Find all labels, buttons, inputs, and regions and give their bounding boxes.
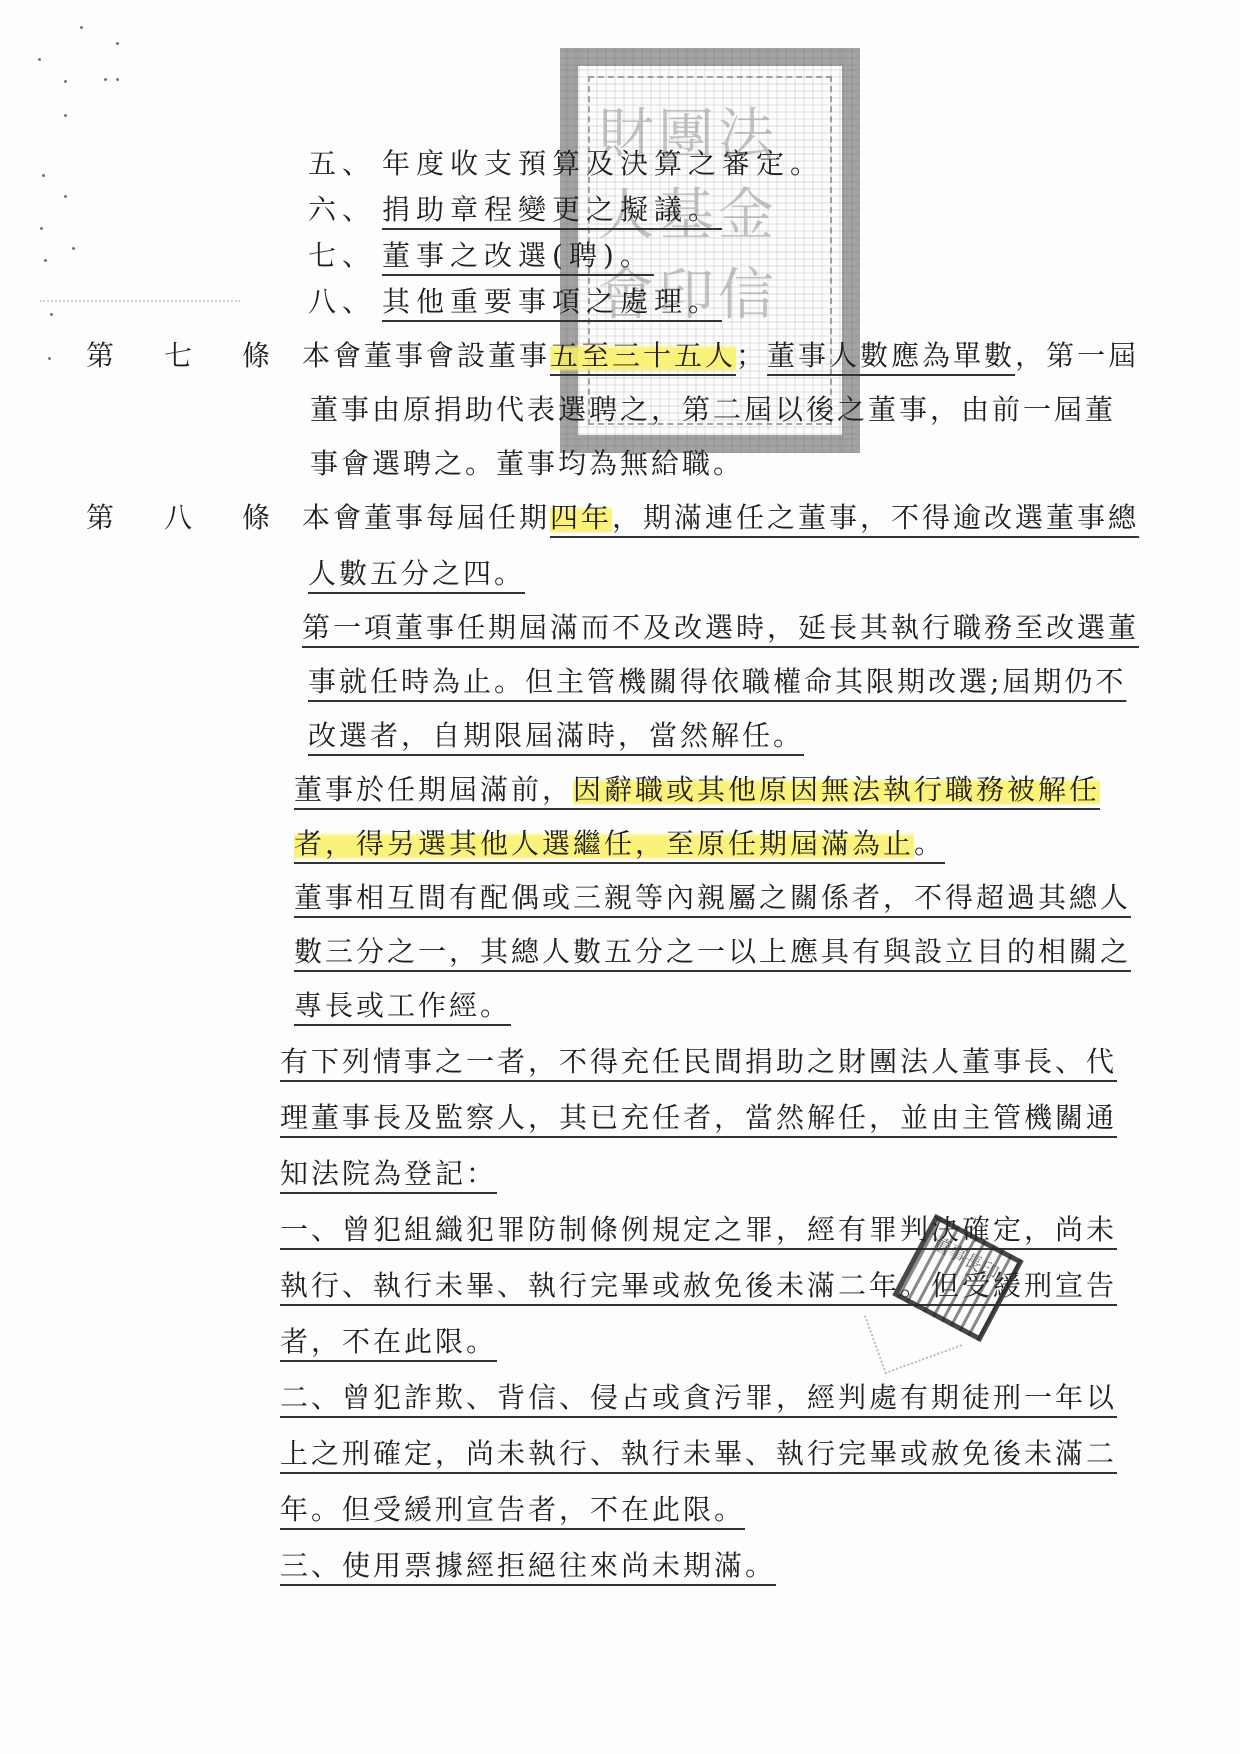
underlined-text: 有下列情事之一者，不得充任民間捐助之財團法人董事長、代 bbox=[280, 1045, 1117, 1078]
underlined-text: 人數五分之四。 bbox=[308, 557, 525, 590]
disqualification-item-1-line-3: 者，不在此限。 bbox=[280, 1324, 497, 1360]
list-item-text: 捐助章程變更之擬議。 bbox=[382, 193, 722, 226]
text: ； bbox=[736, 339, 767, 372]
underlined-text: 第一項董事任期屆滿而不及改選時，延長其執行職務至改選董 bbox=[302, 611, 1139, 644]
underlined-text: 理董事長及監察人，其已充任者，當然解任，並由主管機關通 bbox=[280, 1101, 1117, 1134]
list-item-8: 八、其他重要事項之處理。 bbox=[308, 284, 722, 320]
disqualification-item-2-line-3: 年。但受緩刑宣告者，不在此限。 bbox=[280, 1492, 745, 1528]
scan-speck bbox=[50, 313, 53, 316]
article-8-p4-line-1: 董事相互間有配偶或三親等內親屬之關係者，不得超過其總人 bbox=[294, 880, 1131, 916]
article-8-p4-line-3: 專長或工作經。 bbox=[294, 988, 511, 1024]
scan-speck bbox=[38, 58, 41, 61]
document-page: 財團法人基金會印信 五、年度收支預算及決算之審定。 六、捐助章程變更之擬議。 七… bbox=[0, 0, 1240, 1754]
article-8-p3-line-2: 者，得另選其他人選繼任，至原任期屆滿為止。 bbox=[294, 826, 945, 862]
list-item-num: 六、 bbox=[308, 192, 382, 228]
article-8-p2-line-3: 改選者，自期限屆滿時，當然解任。 bbox=[308, 718, 804, 754]
highlighted-text: 因辭職或其他原因無法執行職務被解任 bbox=[573, 773, 1100, 806]
scan-speck bbox=[48, 357, 51, 360]
article-label-char: 八 bbox=[164, 500, 242, 536]
article-label-char: 第 bbox=[86, 500, 164, 536]
disqualification-item-2-line-2: 上之刑確定，尚未執行、執行未畢、執行完畢或赦免後未滿二 bbox=[280, 1436, 1117, 1472]
highlighted-text: 四年 bbox=[550, 501, 612, 534]
underlined-text: 董事相互間有配偶或三親等內親屬之關係者，不得超過其總人 bbox=[294, 881, 1131, 914]
scan-speck bbox=[80, 26, 83, 29]
text: ，第一屆 bbox=[1015, 339, 1139, 372]
list-item-text: 董事之改選(聘)。 bbox=[382, 239, 654, 272]
scan-speck bbox=[44, 259, 47, 262]
underlined-text: ，期滿連任之董事，不得逾改選董事總 bbox=[612, 501, 1139, 534]
disqualification-item-1-line-1: 一、曾犯組織犯罪防制條例規定之罪，經有罪判決確定，尚未 bbox=[280, 1212, 1117, 1248]
list-item-text: 其他重要事項之處理。 bbox=[382, 285, 722, 318]
underlined-text: 董事於任期屆滿前， bbox=[294, 773, 573, 806]
underlined-text: 知法院為登記： bbox=[280, 1157, 497, 1190]
highlighted-text: 五至三十五人 bbox=[550, 339, 736, 372]
underlined-text: 者，不在此限。 bbox=[280, 1325, 497, 1358]
list-item-num: 五、 bbox=[308, 146, 382, 182]
underlined-text: 專長或工作經。 bbox=[294, 989, 511, 1022]
article-7-label: 第七條 bbox=[86, 338, 320, 374]
scan-speck bbox=[104, 78, 107, 81]
text: 事會選聘之。董事均為無給職。 bbox=[310, 447, 744, 480]
article-7-line-1: 本會董事會設董事五至三十五人；董事人數應為單數，第一屆 bbox=[302, 338, 1139, 374]
underlined-text: 改選者，自期限屆滿時，當然解任。 bbox=[308, 719, 804, 752]
article-8-p1-line-1: 本會董事每屆任期四年，期滿連任之董事，不得逾改選董事總 bbox=[302, 500, 1139, 536]
list-item-5: 五、年度收支預算及決算之審定。 bbox=[308, 146, 824, 182]
article-label-char: 第 bbox=[86, 338, 164, 374]
disqualification-item-2-line-1: 二、曾犯詐欺、背信、侵占或貪污罪，經判處有期徒刑一年以 bbox=[280, 1380, 1117, 1416]
article-8-p1-line-2: 人數五分之四。 bbox=[308, 556, 525, 592]
article-8-p4-line-2: 數三分之一，其總人數五分之一以上應具有與設立目的相關之 bbox=[294, 934, 1131, 970]
scan-speck bbox=[42, 174, 45, 177]
scan-speck bbox=[116, 78, 119, 81]
underlined-text: 上之刑確定，尚未執行、執行未畢、執行完畢或赦免後未滿二 bbox=[280, 1437, 1117, 1470]
scan-speck bbox=[64, 114, 67, 117]
scan-artifact bbox=[40, 300, 240, 304]
underlined-text: 事就任時為止。但主管機關得依職權命其限期改選;屆期仍不 bbox=[308, 665, 1126, 698]
underlined-text: 數三分之一，其總人數五分之一以上應具有與設立目的相關之 bbox=[294, 935, 1131, 968]
list-item-7: 七、董事之改選(聘)。 bbox=[308, 238, 654, 274]
scan-speck bbox=[64, 195, 67, 198]
underlined-text: 三、使用票據經拒絕往來尚未期滿。 bbox=[280, 1549, 776, 1582]
article-label-char: 七 bbox=[164, 338, 242, 374]
article-8-p2-line-1: 第一項董事任期屆滿而不及改選時，延長其執行職務至改選董 bbox=[302, 610, 1139, 646]
underlined-text: 二、曾犯詐欺、背信、侵占或貪污罪，經判處有期徒刑一年以 bbox=[280, 1381, 1117, 1414]
text: 董事由原捐助代表選聘之，第二屆以後之董事，由前一屆董 bbox=[310, 393, 1116, 426]
disqualification-item-3-line-1: 三、使用票據經拒絕往來尚未期滿。 bbox=[280, 1548, 776, 1584]
article-7-line-2: 董事由原捐助代表選聘之，第二屆以後之董事，由前一屆董 bbox=[310, 392, 1116, 428]
list-item-6: 六、捐助章程變更之擬議。 bbox=[308, 192, 722, 228]
disqualification-intro-line-2: 理董事長及監察人，其已充任者，當然解任，並由主管機關通 bbox=[280, 1100, 1117, 1136]
list-item-num: 七、 bbox=[308, 238, 382, 274]
scan-speck bbox=[72, 247, 75, 250]
list-item-num: 八、 bbox=[308, 284, 382, 320]
disqualification-intro-line-1: 有下列情事之一者，不得充任民間捐助之財團法人董事長、代 bbox=[280, 1044, 1117, 1080]
scan-speck bbox=[116, 42, 119, 45]
list-item-text: 年度收支預算及決算之審定。 bbox=[382, 147, 824, 180]
scan-speck bbox=[64, 80, 67, 83]
scan-speck bbox=[40, 227, 43, 230]
underlined-text: 。 bbox=[914, 827, 945, 860]
text: 本會董事會設董事 bbox=[302, 339, 550, 372]
underlined-text: 一、曾犯組織犯罪防制條例規定之罪，經有罪判決確定，尚未 bbox=[280, 1213, 1117, 1246]
article-8-label: 第八條 bbox=[86, 500, 320, 536]
highlighted-text: 者，得另選其他人選繼任，至原任期屆滿為止 bbox=[294, 827, 914, 860]
underlined-text: 董事人數應為單數 bbox=[767, 339, 1015, 372]
article-7-line-3: 事會選聘之。董事均為無給職。 bbox=[310, 446, 744, 482]
article-8-p3-line-1: 董事於任期屆滿前，因辭職或其他原因無法執行職務被解任 bbox=[294, 772, 1100, 808]
text: 本會董事每屆任期 bbox=[302, 501, 550, 534]
article-8-p2-line-2: 事就任時為止。但主管機關得依職權命其限期改選;屆期仍不 bbox=[308, 664, 1126, 700]
underlined-text: 年。但受緩刑宣告者，不在此限。 bbox=[280, 1493, 745, 1526]
disqualification-intro-line-3: 知法院為登記： bbox=[280, 1156, 497, 1192]
